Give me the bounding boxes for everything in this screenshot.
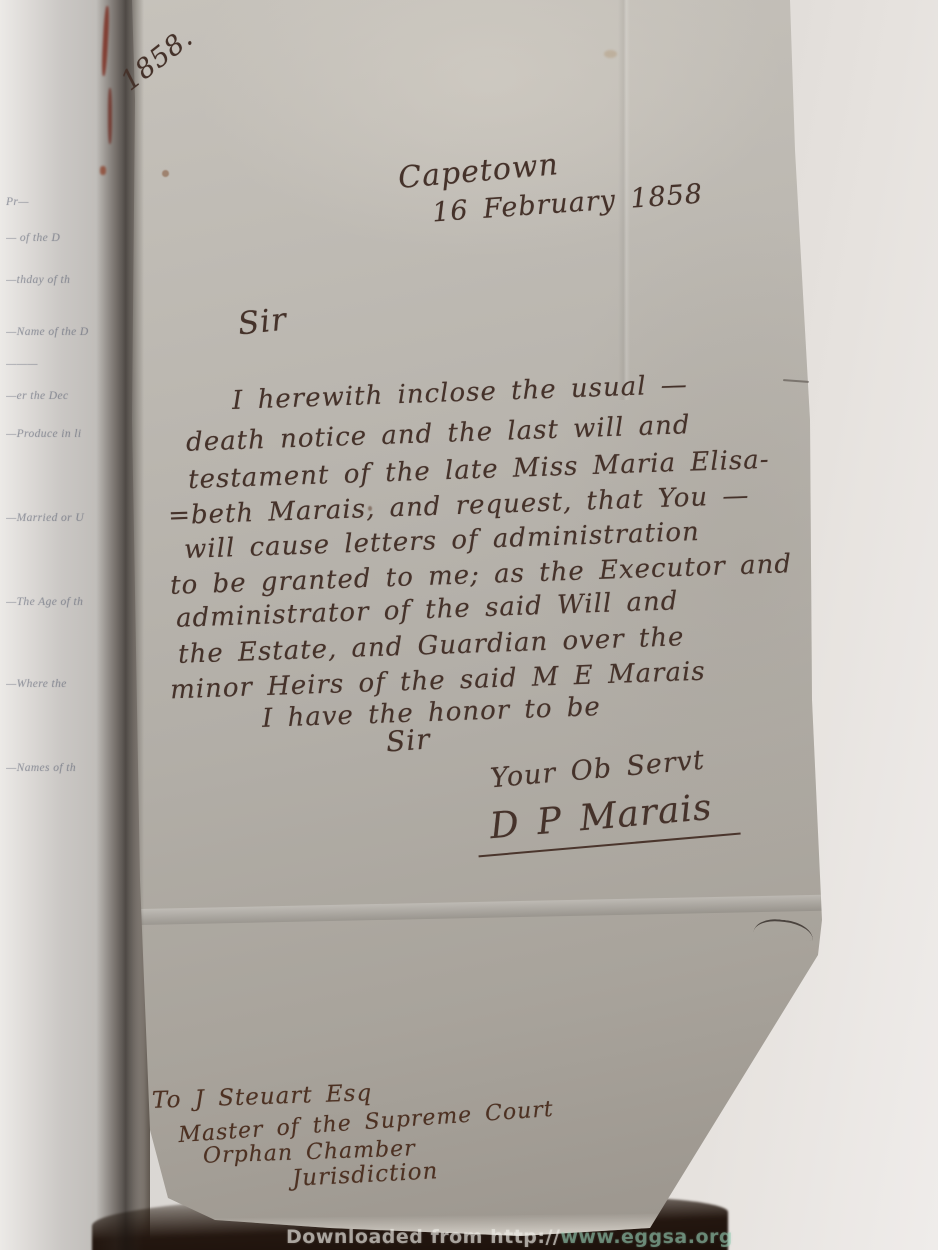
left-page-print-fragment: —Names of th (6, 762, 102, 774)
book-spine-shadow (96, 0, 144, 1250)
watermark-prefix: Downloaded from http:// (286, 1226, 560, 1248)
left-page-print-fragment: — of the D (6, 232, 102, 244)
watermark-site-url: www.eggsa.org (560, 1226, 733, 1248)
closing-sir: Sir (385, 722, 432, 758)
archival-letter-photo: Pr— — of the D —thday of th —Name of the… (0, 0, 938, 1250)
left-page-print-fragment: ——— (6, 358, 102, 370)
left-page-print-fragment: Pr— (6, 196, 102, 208)
foxing-spot (604, 50, 617, 58)
left-page-print-fragment: —The Age of th (6, 596, 102, 608)
salutation: Sir (236, 302, 288, 343)
watermark: Downloaded from http://www.eggsa.org (286, 1226, 733, 1248)
left-page-print-fragment: —Married or U (6, 512, 102, 524)
left-page-print-fragment: —er the Dec (6, 390, 102, 402)
foxing-spot (162, 170, 169, 177)
spine-red-dot (100, 166, 106, 175)
left-page-print-fragment: —thday of th (6, 274, 102, 286)
left-page-print-fragment: —Where the (6, 678, 102, 690)
left-page-print-fragment: —Name of the D (6, 326, 102, 338)
spine-red-mark (108, 88, 112, 144)
left-page-print-fragment: —Produce in li (6, 428, 102, 440)
